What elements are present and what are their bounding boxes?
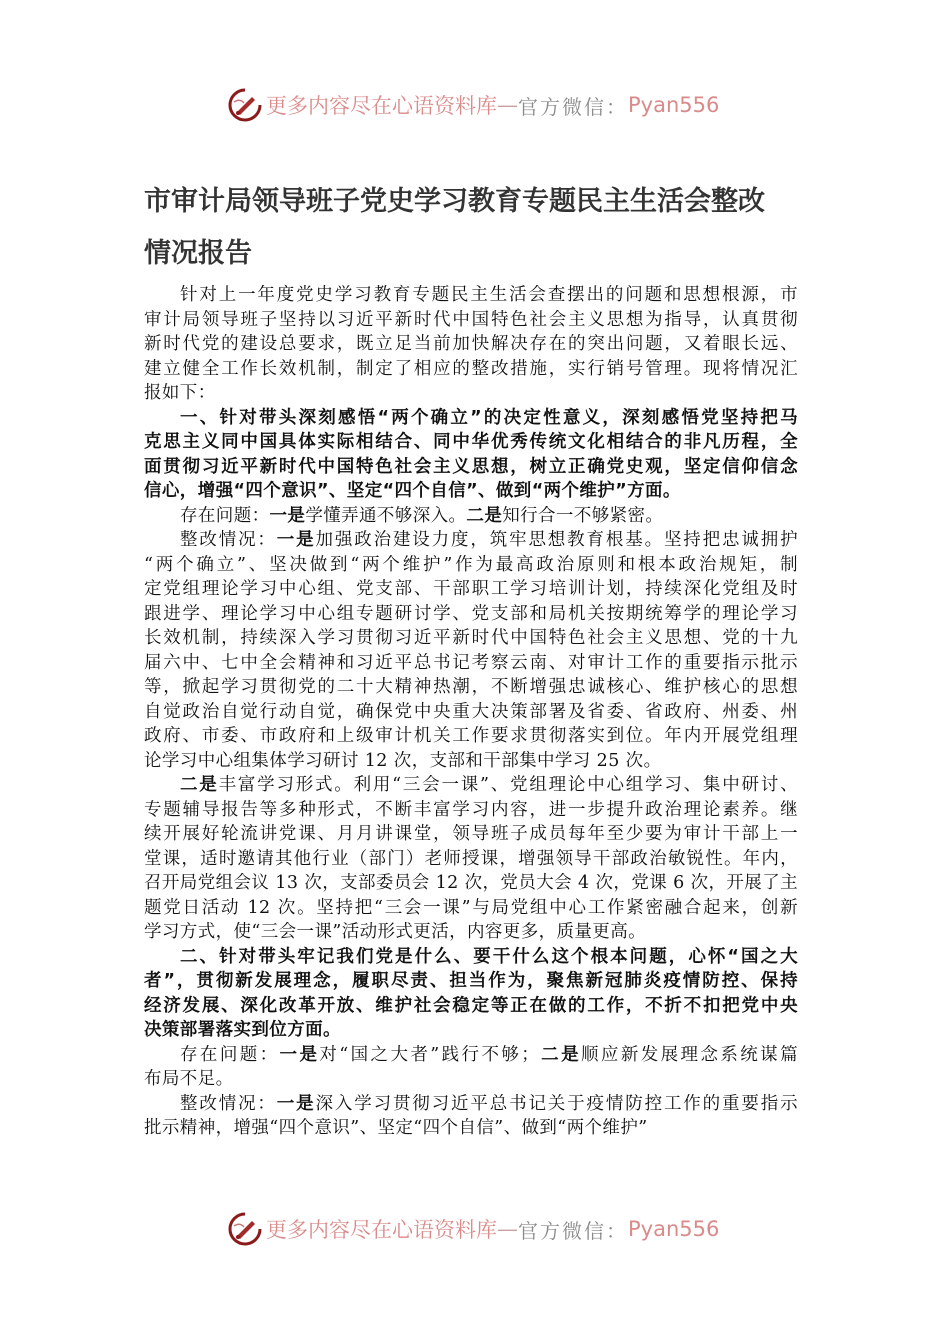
text-segment: 顺应新发展理念系统谋篇 <box>581 1045 798 1065</box>
text-line: 面贯彻习近平新时代中国特色社会主义思想，树立正确党史观，坚定信仰信念 <box>144 455 798 480</box>
text-line: 召开局党组会议 13 次，支部委员会 12 次，党员大会 4 次，党课 6 次，… <box>144 871 798 896</box>
text-segment: 对“国之大者”践行不够； <box>319 1045 539 1065</box>
text-segment: 加强政治建设力度，筑牢思想教育根基。坚持把忠诚拥护 <box>316 530 798 550</box>
text-line: 长效机制，持续深入学习贯彻习近平新时代中国特色社会主义思想、党的十九 <box>144 626 798 651</box>
text-line: 学习方式，使“三会一课”活动形式更活，内容更多，质量更高。 <box>144 920 798 945</box>
bold-text: 一是 <box>277 1094 316 1114</box>
text-segment: 报如下： <box>144 383 216 403</box>
text-line: 整改情况：一是深入学习贯彻习近平总书记关于疫情防控工作的重要指示 <box>144 1092 798 1117</box>
watermark-slogan: 更多内容尽在心语资料库 <box>266 90 497 120</box>
text-segment: 深入学习贯彻习近平总书记关于疫情防控工作的重要指示 <box>316 1094 798 1114</box>
text-segment: 长效机制，持续深入学习贯彻习近平新时代中国特色社会主义思想、党的十九 <box>144 628 798 648</box>
bold-text: 一是 <box>280 1045 320 1065</box>
watermark-dash: — <box>497 1217 518 1241</box>
text-segment: 论学习中心组集体学习研讨 12 次，支部和干部集中学习 25 次。 <box>144 751 662 771</box>
text-segment: 学习方式，使“三会一课”活动形式更活，内容更多，质量更高。 <box>144 922 646 942</box>
text-segment: “两个确立”、坚决做到“两个维护”作为最高政治原则和根本政治规矩，制 <box>144 555 798 575</box>
watermark-wechat-label: 官方微信： <box>518 91 628 120</box>
text-line: 跟进学、理论学习中心组专题研讨学、党支部和局机关按期统筹学的理论学习 <box>144 602 798 627</box>
text-line: 专题辅导报告等多种形式，不断丰富学习内容，进一步提升政治理论素养。继 <box>144 798 798 823</box>
bold-text: 者”，贯彻新发展理念，履职尽责、担当作为，聚焦新冠肺炎疫情防控、保持 <box>144 971 798 991</box>
watermark-wechat-id: Pyan556 <box>628 1217 719 1241</box>
bold-text: 二是 <box>539 1045 581 1065</box>
text-line: 建立健全工作长效机制，制定了相应的整改措施，实行销号管理。现将情况汇 <box>144 357 798 382</box>
text-segment: 政府、市委、市政府和上级审计机关工作要求贯彻落实到位。年内开展党组理 <box>144 726 798 746</box>
text-line: 政府、市委、市政府和上级审计机关工作要求贯彻落实到位。年内开展党组理 <box>144 724 798 749</box>
watermark-header: 更多内容尽在心语资料库 — 官方微信： Pyan556 <box>228 85 719 125</box>
quill-pen-logo-icon <box>228 88 262 122</box>
bold-text: 决策部署落实到位方面。 <box>144 1020 341 1040</box>
bold-text: 克思主义同中国具体实际相结合、同中华优秀传统文化相结合的非凡历程，全 <box>144 432 798 452</box>
title-line: 市审计局领导班子党史学习教育专题民主生活会整改 <box>144 176 824 228</box>
text-segment: 丰富学习形式。利用“三会一课”、党组理论中心组学习、集中研讨、 <box>219 775 798 795</box>
text-line: 布局不足。 <box>144 1067 798 1092</box>
text-line: 克思主义同中国具体实际相结合、同中华优秀传统文化相结合的非凡历程，全 <box>144 430 798 455</box>
text-line: 整改情况：一是加强政治建设力度，筑牢思想教育根基。坚持把忠诚拥护 <box>144 528 798 553</box>
text-line: 二、针对带头牢记我们党是什么、要干什么这个根本问题，心怀“国之大 <box>144 945 798 970</box>
text-segment: 针对上一年度党史学习教育专题民主生活会查摆出的问题和思想根源，市 <box>180 285 798 305</box>
text-line: 经济发展、深化改革开放、维护社会稳定等正在做的工作，不折不扣把党中央 <box>144 994 798 1019</box>
text-segment: 堂课，适时邀请其他行业（部门）老师授课，增强领导干部政治敏锐性。年内， <box>144 849 798 869</box>
text-segment: 审计局领导班子坚持以习近平新时代中国特色社会主义思想为指导，认真贯彻 <box>144 310 798 330</box>
text-line: 审计局领导班子坚持以习近平新时代中国特色社会主义思想为指导，认真贯彻 <box>144 308 798 333</box>
document-title: 市审计局领导班子党史学习教育专题民主生活会整改 情况报告 <box>144 176 824 280</box>
bold-text: 面贯彻习近平新时代中国特色社会主义思想，树立正确党史观，坚定信仰信念 <box>144 457 798 477</box>
text-segment: 整改情况： <box>180 1094 277 1114</box>
text-line: 等，掀起学习贯彻党的二十大精神热潮，不断增强忠诚核心、维护核心的思想 <box>144 675 798 700</box>
text-segment: 跟进学、理论学习中心组专题研讨学、党支部和局机关按期统筹学的理论学习 <box>144 604 798 624</box>
text-segment: 等，掀起学习贯彻党的二十大精神热潮，不断增强忠诚核心、维护核心的思想 <box>144 677 798 697</box>
text-line: 针对上一年度党史学习教育专题民主生活会查摆出的问题和思想根源，市 <box>144 283 798 308</box>
text-segment: 定党组理论学习中心组、党支部、干部职工学习培训计划，持续深化党组及时 <box>144 579 798 599</box>
bold-text: 一是 <box>277 530 316 550</box>
bold-text: 二是 <box>180 775 219 795</box>
text-line: 者”，贯彻新发展理念，履职尽责、担当作为，聚焦新冠肺炎疫情防控、保持 <box>144 969 798 994</box>
bold-text: 二是 <box>466 506 502 526</box>
text-line: 新时代党的建设总要求，既立足当前加快解决存在的突出问题，又着眼长远、 <box>144 332 798 357</box>
text-segment: 存在问题： <box>180 506 270 526</box>
text-line: 续开展好轮流讲党课、月月讲课堂，领导班子成员每年至少要为审计干部上一 <box>144 822 798 847</box>
text-segment: 专题辅导报告等多种形式，不断丰富学习内容，进一步提升政治理论素养。继 <box>144 800 798 820</box>
text-line: 存在问题：一是对“国之大者”践行不够；二是顺应新发展理念系统谋篇 <box>144 1043 798 1068</box>
text-segment: 自觉政治自觉行动自觉，确保党中央重大决策部署及省委、省政府、州委、州 <box>144 702 798 722</box>
text-line: 题党日活动 12 次。坚持把“三会一课”与局党组中心工作紧密融合起来，创新 <box>144 896 798 921</box>
text-line: 定党组理论学习中心组、党支部、干部职工学习培训计划，持续深化党组及时 <box>144 577 798 602</box>
bold-text: 信心，增强“四个意识”、坚定“四个自信”、做到“两个维护”方面。 <box>144 481 681 501</box>
text-segment: 整改情况： <box>180 530 277 550</box>
text-segment: 建立健全工作长效机制，制定了相应的整改措施，实行销号管理。现将情况汇 <box>144 359 798 379</box>
text-line: “两个确立”、坚决做到“两个维护”作为最高政治原则和根本政治规矩，制 <box>144 553 798 578</box>
bold-text: 二、针对带头牢记我们党是什么、要干什么这个根本问题，心怀“国之大 <box>180 947 798 967</box>
text-line: 报如下： <box>144 381 798 406</box>
text-line: 存在问题：一是学懂弄通不够深入。二是知行合一不够紧密。 <box>144 504 798 529</box>
bold-text: 一、针对带头深刻感悟“两个确立”的决定性意义，深刻感悟党坚持把马 <box>180 408 798 428</box>
text-segment: 召开局党组会议 13 次，支部委员会 12 次，党员大会 4 次，党课 6 次，… <box>144 873 798 893</box>
text-segment: 题党日活动 12 次。坚持把“三会一课”与局党组中心工作紧密融合起来，创新 <box>144 898 798 918</box>
bold-text: 经济发展、深化改革开放、维护社会稳定等正在做的工作，不折不扣把党中央 <box>144 996 798 1016</box>
text-segment: 批示精神，增强“四个意识”、坚定“四个自信”、做到“两个维护” <box>144 1118 648 1138</box>
text-segment: 布局不足。 <box>144 1069 234 1089</box>
text-segment: 新时代党的建设总要求，既立足当前加快解决存在的突出问题，又着眼长远、 <box>144 334 798 354</box>
document-body: 针对上一年度党史学习教育专题民主生活会查摆出的问题和思想根源，市审计局领导班子坚… <box>144 283 798 1141</box>
text-line: 信心，增强“四个意识”、坚定“四个自信”、做到“两个维护”方面。 <box>144 479 798 504</box>
watermark-wechat-id: Pyan556 <box>628 93 719 117</box>
watermark-slogan: 更多内容尽在心语资料库 <box>266 1214 497 1244</box>
text-line: 批示精神，增强“四个意识”、坚定“四个自信”、做到“两个维护” <box>144 1116 798 1141</box>
text-line: 自觉政治自觉行动自觉，确保党中央重大决策部署及省委、省政府、州委、州 <box>144 700 798 725</box>
text-segment: 学懂弄通不够深入。 <box>305 506 466 526</box>
text-segment: 届六中、七中全会精神和习近平总书记考察云南、对审计工作的重要指示批示 <box>144 653 798 673</box>
text-segment: 存在问题： <box>180 1045 280 1065</box>
text-line: 论学习中心组集体学习研讨 12 次，支部和干部集中学习 25 次。 <box>144 749 798 774</box>
text-segment: 知行合一不够紧密。 <box>502 506 663 526</box>
text-line: 二是丰富学习形式。利用“三会一课”、党组理论中心组学习、集中研讨、 <box>144 773 798 798</box>
watermark-footer: 更多内容尽在心语资料库 — 官方微信： Pyan556 <box>228 1209 719 1249</box>
text-line: 堂课，适时邀请其他行业（部门）老师授课，增强领导干部政治敏锐性。年内， <box>144 847 798 872</box>
watermark-wechat-label: 官方微信： <box>518 1215 628 1244</box>
title-line: 情况报告 <box>144 228 824 280</box>
text-line: 一、针对带头深刻感悟“两个确立”的决定性意义，深刻感悟党坚持把马 <box>144 406 798 431</box>
text-segment: 续开展好轮流讲党课、月月讲课堂，领导班子成员每年至少要为审计干部上一 <box>144 824 798 844</box>
watermark-dash: — <box>497 93 518 117</box>
text-line: 决策部署落实到位方面。 <box>144 1018 798 1043</box>
quill-pen-logo-icon <box>228 1212 262 1246</box>
text-line: 届六中、七中全会精神和习近平总书记考察云南、对审计工作的重要指示批示 <box>144 651 798 676</box>
bold-text: 一是 <box>270 506 306 526</box>
